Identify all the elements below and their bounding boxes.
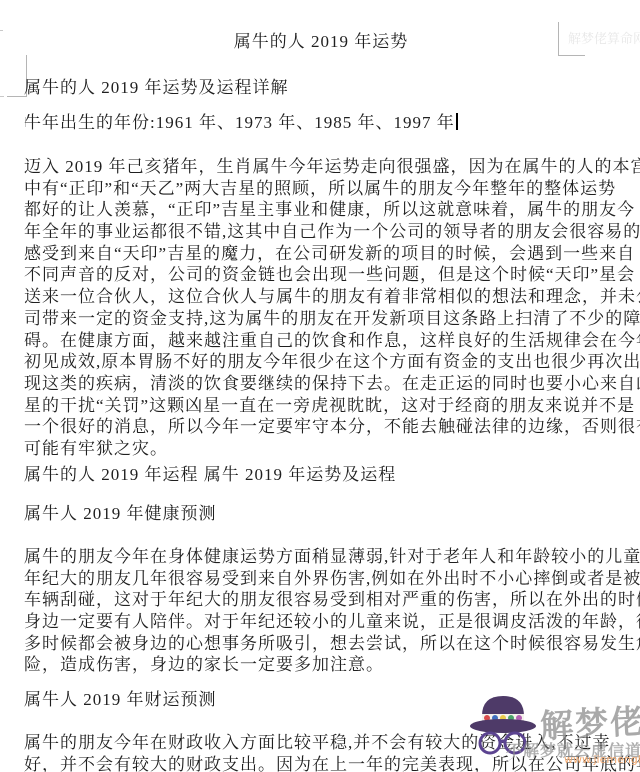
text-line: 车辆刮碰，这对于年纪大的朋友很容易受到相对严重的伤害，所以在外出的时候 bbox=[24, 589, 618, 611]
document-page[interactable]: { "document": { "title": "属牛的人 2019 年运势"… bbox=[0, 0, 640, 772]
text-line: 司带来一定的资金支持,这为属牛的朋友在开发新项目这条路上扫清了不少的障 bbox=[24, 308, 618, 330]
text-line: 多时候都会被身边的心想事务所吸引，想去尝试，所以在这个时候很容易发生危 bbox=[24, 633, 618, 655]
text-line: 身边一定要有人陪伴。对于年纪还较小的儿童来说，正是很调皮活泼的年龄，很 bbox=[24, 611, 618, 633]
text-line: 感受到来自“天印”吉星的魔力，在公司研发新的项目的时候，会遇到一些来自 bbox=[24, 243, 618, 265]
text-line: 初见成效,原本胃肠不好的朋友今年很少在这个方面有资金的支出也很少再次出 bbox=[24, 351, 618, 373]
document-title: 属牛的人 2019 年运势 bbox=[24, 31, 618, 53]
ruler-dash bbox=[0, 96, 4, 97]
text-line: 碍。在健康方面，越来越注重自己的饮食和作息，这样良好的生活规律会在今年 bbox=[24, 330, 618, 352]
ruler-dash bbox=[0, 30, 3, 31]
text-line: 送来一位合伙人，这位合伙人与属牛的朋友有着非常相似的想法和理念，并未公 bbox=[24, 286, 618, 308]
text-line: 年纪大的朋友几年很容易受到来自外界伤害,例如在外出时不小心摔倒或者是被 bbox=[24, 568, 618, 590]
birth-years-line: 牛年出生的年份:1961 年、1973 年、1985 年、1997 年 bbox=[24, 112, 618, 134]
document-subtitle: 属牛的人 2019 年运势及运程详解 bbox=[24, 77, 618, 99]
site-watermark-logo: 解梦佬 不解梦就去虚信道 www.jiemenglao.com bbox=[468, 690, 640, 772]
crop-mark-top-right-horizontal bbox=[558, 55, 585, 56]
text-line: 迈入 2019 年己亥猪年，生肖属牛今年运势走向很强盛，因为在属牛的人的本宫 bbox=[24, 156, 618, 178]
health-paragraph: 属牛的朋友今年在身体健康运势方面稍显薄弱,针对于老年人和年龄较小的儿童，年纪大的… bbox=[24, 546, 618, 676]
section-heading: 属牛的人 2019 年运程 属牛 2019 年运势及运程 bbox=[24, 464, 618, 486]
text-cursor[interactable] bbox=[456, 113, 458, 130]
text-line: 一个很好的消息，所以今年一定要牢守本分，不能去触碰法律的边缘，否则很有 bbox=[24, 416, 618, 438]
health-heading: 属牛人 2019 年健康预测 bbox=[24, 503, 618, 525]
text-line: 年全年的事业运都很不错,这其中自己作为一个公司的领导者的朋友会很容易的 bbox=[24, 221, 618, 243]
text-line: 星的干扰“关罚”这颗凶星一直在一旁虎视眈眈，这对于经商的朋友来说并不是 bbox=[24, 395, 618, 417]
text-line: 可能有牢狱之灾。 bbox=[24, 438, 618, 460]
text-line: 都好的让人羡慕，“正印”吉星主事业和健康，所以这就意味着，属牛的朋友今 bbox=[24, 199, 618, 221]
text-line: 属牛的朋友今年在身体健康运势方面稍显薄弱,针对于老年人和年龄较小的儿童， bbox=[24, 546, 618, 568]
text-line: 现这类的疾病，清淡的饮食要继续的保持下去。在走正运的同时也要小心来自凶 bbox=[24, 373, 618, 395]
birth-years-text: 牛年出生的年份:1961 年、1973 年、1985 年、1997 年 bbox=[24, 113, 455, 132]
text-line: 不同声音的反对，公司的资金链也会出现一些问题，但是这个时候“天印”星会 bbox=[24, 264, 618, 286]
intro-paragraph: 迈入 2019 年己亥猪年，生肖属牛今年运势走向很强盛，因为在属牛的人的本宫中有… bbox=[24, 156, 618, 460]
text-line: 险，造成伤害，身边的家长一定要多加注意。 bbox=[24, 654, 618, 676]
text-line: 中有“正印”和“天乙”两大吉星的照顾，所以属牛的朋友今年整年的整体运势 bbox=[24, 178, 618, 200]
logo-url-text: www.jiemenglao.com bbox=[564, 753, 640, 766]
